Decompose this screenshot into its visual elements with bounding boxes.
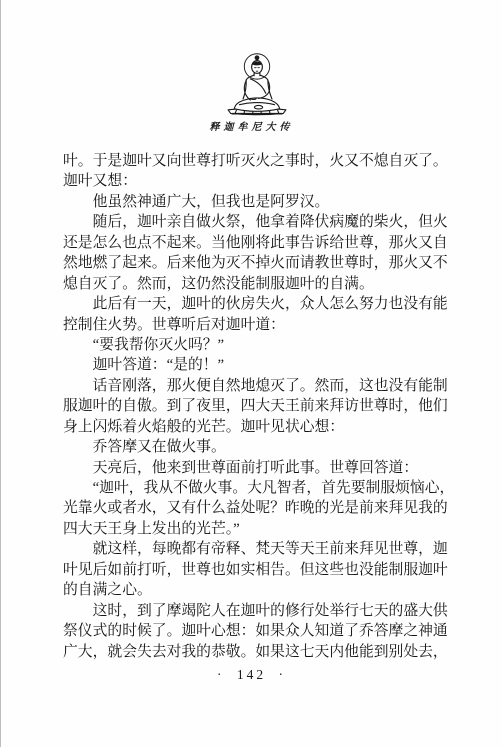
text-line: 光靠火或者水，又有什么益处呢？昨晚的光是前来拜见我的: [63, 498, 455, 518]
text-line: 祭仪式的时候了。迦叶心想：如果众人知道了乔答摩之神通: [63, 621, 455, 641]
text-line: “要我帮你灭火吗？”: [63, 335, 455, 355]
text-line: 四大天王身上发出的光芒。”: [63, 519, 455, 539]
book-page: 释迦牟尼大传 叶。于是迦叶又向世尊打听灭火之事时，火又不熄自灭了。 迦叶又想： …: [0, 0, 502, 747]
text-line: 随后，迦叶亲自做火祭，他拿着降伏病魔的柴火，但火: [63, 212, 455, 232]
text-line: 迦叶答道：“是的！”: [63, 355, 455, 375]
text-line: 叶见后如前打听，世尊也如实相告。但这些也没能制服迦叶: [63, 560, 455, 580]
text-line: 就这样，每晚都有帝释、梵天等天王前来拜见世尊，迦: [63, 539, 455, 559]
text-line: 然地燃了起来。后来他为灭不掉火而请教世尊时，那火又不: [63, 253, 455, 273]
body-text: 叶。于是迦叶又向世尊打听灭火之事时，火又不熄自灭了。 迦叶又想： 他虽然神通广大…: [63, 151, 455, 662]
text-line: “迦叶，我从不做火事。大凡智者，首先要制服烦恼心，: [63, 478, 455, 498]
buddha-illustration: [219, 52, 295, 116]
text-line: 迦叶又想：: [63, 171, 455, 191]
text-line: 此后有一天，迦叶的伙房失火，众人怎么努力也没有能: [63, 294, 455, 314]
text-line: 这时，到了摩竭陀人在迦叶的修行处举行七天的盛大供: [63, 601, 455, 621]
text-line: 叶。于是迦叶又向世尊打听灭火之事时，火又不熄自灭了。: [63, 151, 455, 171]
seated-buddha-icon: [219, 52, 295, 116]
text-line: 服迦叶的自傲。到了夜里，四大天王前来拜访世尊时，他们: [63, 396, 455, 416]
text-line: 控制住火势。世尊听后对迦叶道：: [63, 315, 455, 335]
text-line: 广大，就会失去对我的恭敬。如果这七天内他能到别处去，: [63, 642, 455, 662]
text-line: 身上闪烁着火焰般的光芒。迦叶见状心想：: [63, 417, 455, 437]
text-line: 乔答摩又在做火事。: [63, 437, 455, 457]
page-number: · 142 ·: [1, 667, 502, 683]
series-title-caption: 释迦牟尼大传: [1, 118, 502, 133]
text-line: 熄自灭了。然而，这仍然没能制服迦叶的自满。: [63, 274, 455, 294]
text-line: 他虽然神通广大，但我也是阿罗汉。: [63, 192, 455, 212]
text-line: 天亮后，他来到世尊面前打听此事。世尊回答道：: [63, 458, 455, 478]
text-line: 的自满之心。: [63, 580, 455, 600]
text-line: 话音刚落，那火便自然地熄灭了。然而，这也没有能制: [63, 376, 455, 396]
text-line: 还是怎么也点不起来。当他刚将此事告诉给世尊，那火又自: [63, 233, 455, 253]
